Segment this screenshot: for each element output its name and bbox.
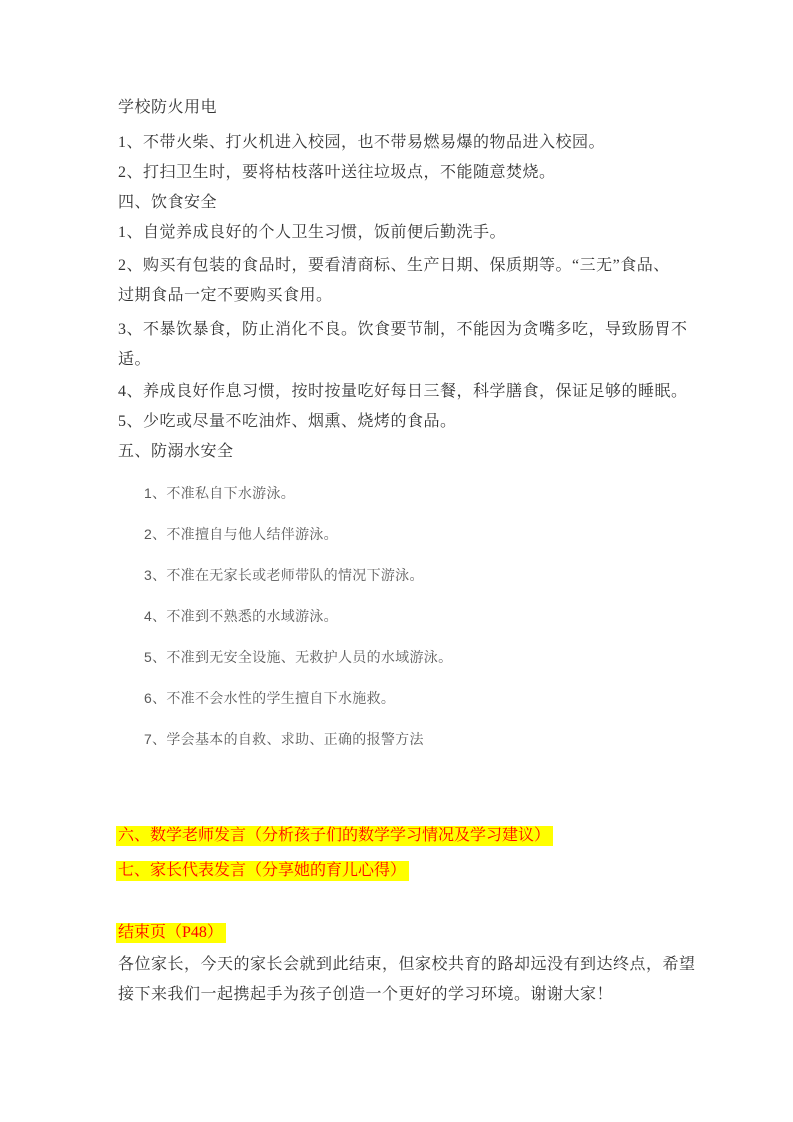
agenda-item-parent-rep: 七、家长代表发言（分享她的育儿心得） bbox=[118, 858, 680, 883]
agenda-item-parent-rep-highlight: 七、家长代表发言（分享她的育儿心得） bbox=[116, 861, 409, 881]
drowning-rule-item: 7、学会基本的自救、求助、正确的报警方法 bbox=[144, 719, 680, 760]
food-safety-item-line: 过期食品一定不要购买食用。 bbox=[118, 281, 680, 311]
drowning-rule-item: 5、不准到无安全设施、无救护人员的水域游泳。 bbox=[144, 637, 680, 678]
drowning-rule-item: 4、不准到不熟悉的水域游泳。 bbox=[144, 596, 680, 637]
fire-safety-title: 学校防火用电 bbox=[118, 93, 680, 123]
document-page: 学校防火用电 1、不带火柴、打火机进入校园，也不带易燃易爆的物品进入校园。 2、… bbox=[0, 0, 793, 1122]
drowning-safety-heading: 五、防溺水安全 bbox=[118, 437, 680, 467]
ending-page-heading: 结束页（P48） bbox=[118, 920, 680, 945]
fire-safety-item: 1、不带火柴、打火机进入校园，也不带易燃易爆的物品进入校园。 bbox=[118, 128, 680, 158]
food-safety-item: 5、少吃或尽量不吃油炸、烟熏、烧烤的食品。 bbox=[118, 407, 680, 437]
food-safety-item-line: 适。 bbox=[118, 345, 680, 375]
fire-safety-item: 2、打扫卫生时，要将枯枝落叶送往垃圾点，不能随意焚烧。 bbox=[118, 158, 680, 188]
drowning-rules-list: 1、不准私自下水游泳。 2、不准擅自与他人结伴游泳。 3、不准在无家长或老师带队… bbox=[144, 473, 680, 760]
agenda-item-math-teacher: 六、数学老师发言（分析孩子们的数学学习情况及学习建议） bbox=[118, 823, 680, 848]
drowning-rule-item: 3、不准在无家长或老师带队的情况下游泳。 bbox=[144, 555, 680, 596]
food-safety-item: 4、养成良好作息习惯，按时按量吃好每日三餐，科学膳食，保证足够的睡眠。 bbox=[118, 377, 680, 407]
drowning-rule-item: 2、不准擅自与他人结伴游泳。 bbox=[144, 514, 680, 555]
ending-page-heading-highlight: 结束页（P48） bbox=[116, 923, 226, 943]
closing-paragraph-line: 各位家长，今天的家长会就到此结束，但家校共育的路却远没有到达终点，希望 bbox=[118, 950, 680, 980]
drowning-rule-item: 6、不准不会水性的学生擅自下水施救。 bbox=[144, 678, 680, 719]
food-safety-heading: 四、饮食安全 bbox=[118, 188, 680, 218]
food-safety-item: 1、自觉养成良好的个人卫生习惯，饭前便后勤洗手。 bbox=[118, 218, 680, 248]
drowning-rule-item: 1、不准私自下水游泳。 bbox=[144, 473, 680, 514]
food-safety-item-line: 2、购买有包装的食品时，要看清商标、生产日期、保质期等。“三无”食品、 bbox=[118, 251, 680, 281]
closing-paragraph-line: 接下来我们一起携起手为孩子创造一个更好的学习环境。谢谢大家！ bbox=[118, 980, 680, 1010]
agenda-item-math-teacher-highlight: 六、数学老师发言（分析孩子们的数学学习情况及学习建议） bbox=[116, 826, 553, 846]
document-content: 学校防火用电 1、不带火柴、打火机进入校园，也不带易燃易爆的物品进入校园。 2、… bbox=[118, 93, 680, 1010]
food-safety-item-line: 3、不暴饮暴食，防止消化不良。饮食要节制，不能因为贪嘴多吃，导致肠胃不 bbox=[118, 315, 680, 345]
